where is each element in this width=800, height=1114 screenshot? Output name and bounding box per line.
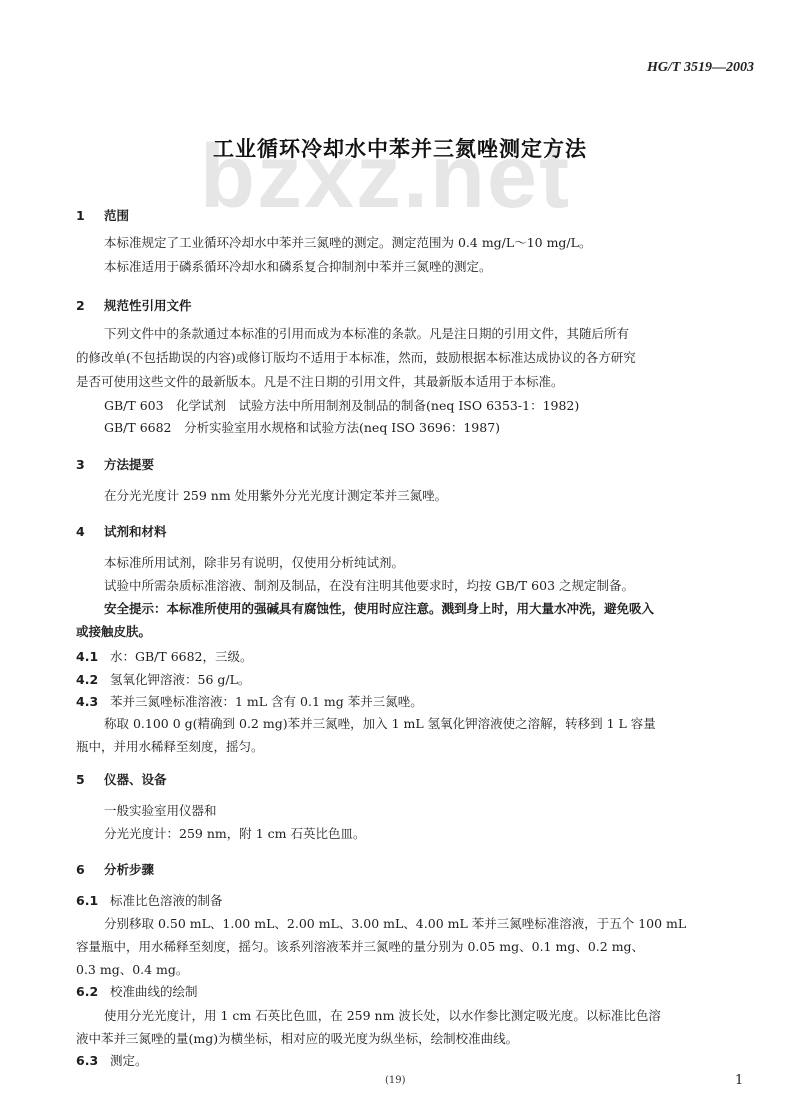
page-code: (19)	[385, 1075, 406, 1086]
section-title: 方法提要	[104, 457, 154, 472]
section-title: 试剂和材料	[104, 524, 167, 539]
subsection-heading: 6.1标准比色溶液的制备	[76, 893, 223, 909]
paragraph: 0.3 mg、0.4 mg。	[76, 962, 188, 978]
item-text: 水：GB/T 6682，三级。	[110, 649, 253, 664]
paragraph: 试验中所需杂质标准溶液、制剂及制品，在没有注明其他要求时，均按 GB/T 603…	[104, 578, 634, 594]
paragraph: 称取 0.100 0 g(精确到 0.2 mg)苯并三氮唑，加入 1 mL 氢氧…	[104, 716, 656, 732]
section-number: 6	[76, 862, 104, 878]
paragraph: 液中苯并三氮唑的量(mg)为横坐标，相对应的吸光度为纵坐标，绘制校准曲线。	[76, 1031, 518, 1047]
subsection-title: 标准比色溶液的制备	[110, 893, 223, 908]
list-item: 4.3苯并三氮唑标准溶液：1 mL 含有 0.1 mg 苯并三氮唑。	[76, 694, 423, 710]
paragraph: 使用分光光度计，用 1 cm 石英比色皿，在 259 nm 波长处，以水作参比测…	[104, 1008, 661, 1024]
section-title: 仪器、设备	[104, 772, 167, 787]
item-text: 苯并三氮唑标准溶液：1 mL 含有 0.1 mg 苯并三氮唑。	[110, 694, 423, 709]
section-number: 1	[76, 208, 104, 224]
reference-item: GB/T 6682 分析实验室用水规格和试验方法(neq ISO 3696：19…	[104, 420, 500, 436]
subsection-number: 6.3	[76, 1053, 110, 1069]
safety-note: 安全提示：本标准所使用的强碱具有腐蚀性，使用时应注意。溅到身上时，用大量水冲洗，…	[104, 601, 654, 617]
section-title: 分析步骤	[104, 862, 154, 877]
paragraph: 本标准适用于磷系循环冷却水和磷系复合抑制剂中苯并三氮唑的测定。	[104, 259, 492, 275]
subsection-heading: 6.3测定。	[76, 1053, 148, 1069]
paragraph: 本标准规定了工业循环冷却水中苯并三氮唑的测定。测定范围为 0.4 mg/L～10…	[104, 235, 591, 251]
paragraph: 是否可使用这些文件的最新版本。凡是不注日期的引用文件，其最新版本适用于本标准。	[76, 374, 564, 390]
section-heading-2: 2规范性引用文件	[76, 298, 192, 314]
subsection-number: 6.1	[76, 893, 110, 909]
list-item: 4.2氢氧化钾溶液：56 g/L。	[76, 672, 250, 688]
paragraph: 在分光光度计 259 nm 处用紫外分光光度计测定苯并三氮唑。	[104, 488, 447, 504]
section-number: 5	[76, 772, 104, 788]
reference-item: GB/T 603 化学试剂 试验方法中所用制剂及制品的制备(neq ISO 63…	[104, 398, 579, 414]
section-title: 范围	[104, 208, 129, 223]
document-code: HG/T 3519—2003	[647, 60, 754, 76]
page-title: 工业循环冷却水中苯并三氮唑测定方法	[0, 133, 800, 163]
section-heading-6: 6分析步骤	[76, 862, 154, 878]
section-number: 3	[76, 457, 104, 473]
subsection-heading: 6.2校准曲线的绘制	[76, 984, 198, 1000]
paragraph: 一般实验室用仪器和	[104, 803, 217, 819]
paragraph: 的修改单(不包括勘误的内容)或修订版均不适用于本标准，然而，鼓励根据本标准达成协…	[76, 350, 636, 366]
paragraph: 下列文件中的条款通过本标准的引用而成为本标准的条款。凡是注日期的引用文件，其随后…	[104, 326, 629, 342]
paragraph: 分别移取 0.50 mL、1.00 mL、2.00 mL、3.00 mL、4.0…	[104, 916, 686, 932]
safety-note: 或接触皮肤。	[76, 624, 151, 640]
subsection-title: 测定。	[110, 1053, 148, 1068]
section-heading-3: 3方法提要	[76, 457, 154, 473]
list-item: 4.1水：GB/T 6682，三级。	[76, 649, 253, 665]
paragraph: 本标准所用试剂，除非另有说明，仅使用分析纯试剂。	[104, 555, 404, 571]
section-title: 规范性引用文件	[104, 298, 192, 313]
subsection-number: 6.2	[76, 984, 110, 1000]
paragraph: 瓶中，并用水稀释至刻度，摇匀。	[76, 739, 264, 755]
section-heading-1: 1范围	[76, 208, 129, 224]
item-number: 4.3	[76, 694, 110, 710]
page-number: 1	[735, 1073, 743, 1088]
subsection-title: 校准曲线的绘制	[110, 984, 198, 999]
paragraph: 分光光度计：259 nm，附 1 cm 石英比色皿。	[104, 826, 365, 842]
paragraph: 容量瓶中，用水稀释至刻度，摇匀。该系列溶液苯并三氮唑的量分别为 0.05 mg、…	[76, 939, 644, 955]
section-heading-4: 4试剂和材料	[76, 524, 167, 540]
item-number: 4.1	[76, 649, 110, 665]
item-number: 4.2	[76, 672, 110, 688]
item-text: 氢氧化钾溶液：56 g/L。	[110, 672, 250, 687]
section-heading-5: 5仪器、设备	[76, 772, 167, 788]
section-number: 2	[76, 298, 104, 314]
section-number: 4	[76, 524, 104, 540]
